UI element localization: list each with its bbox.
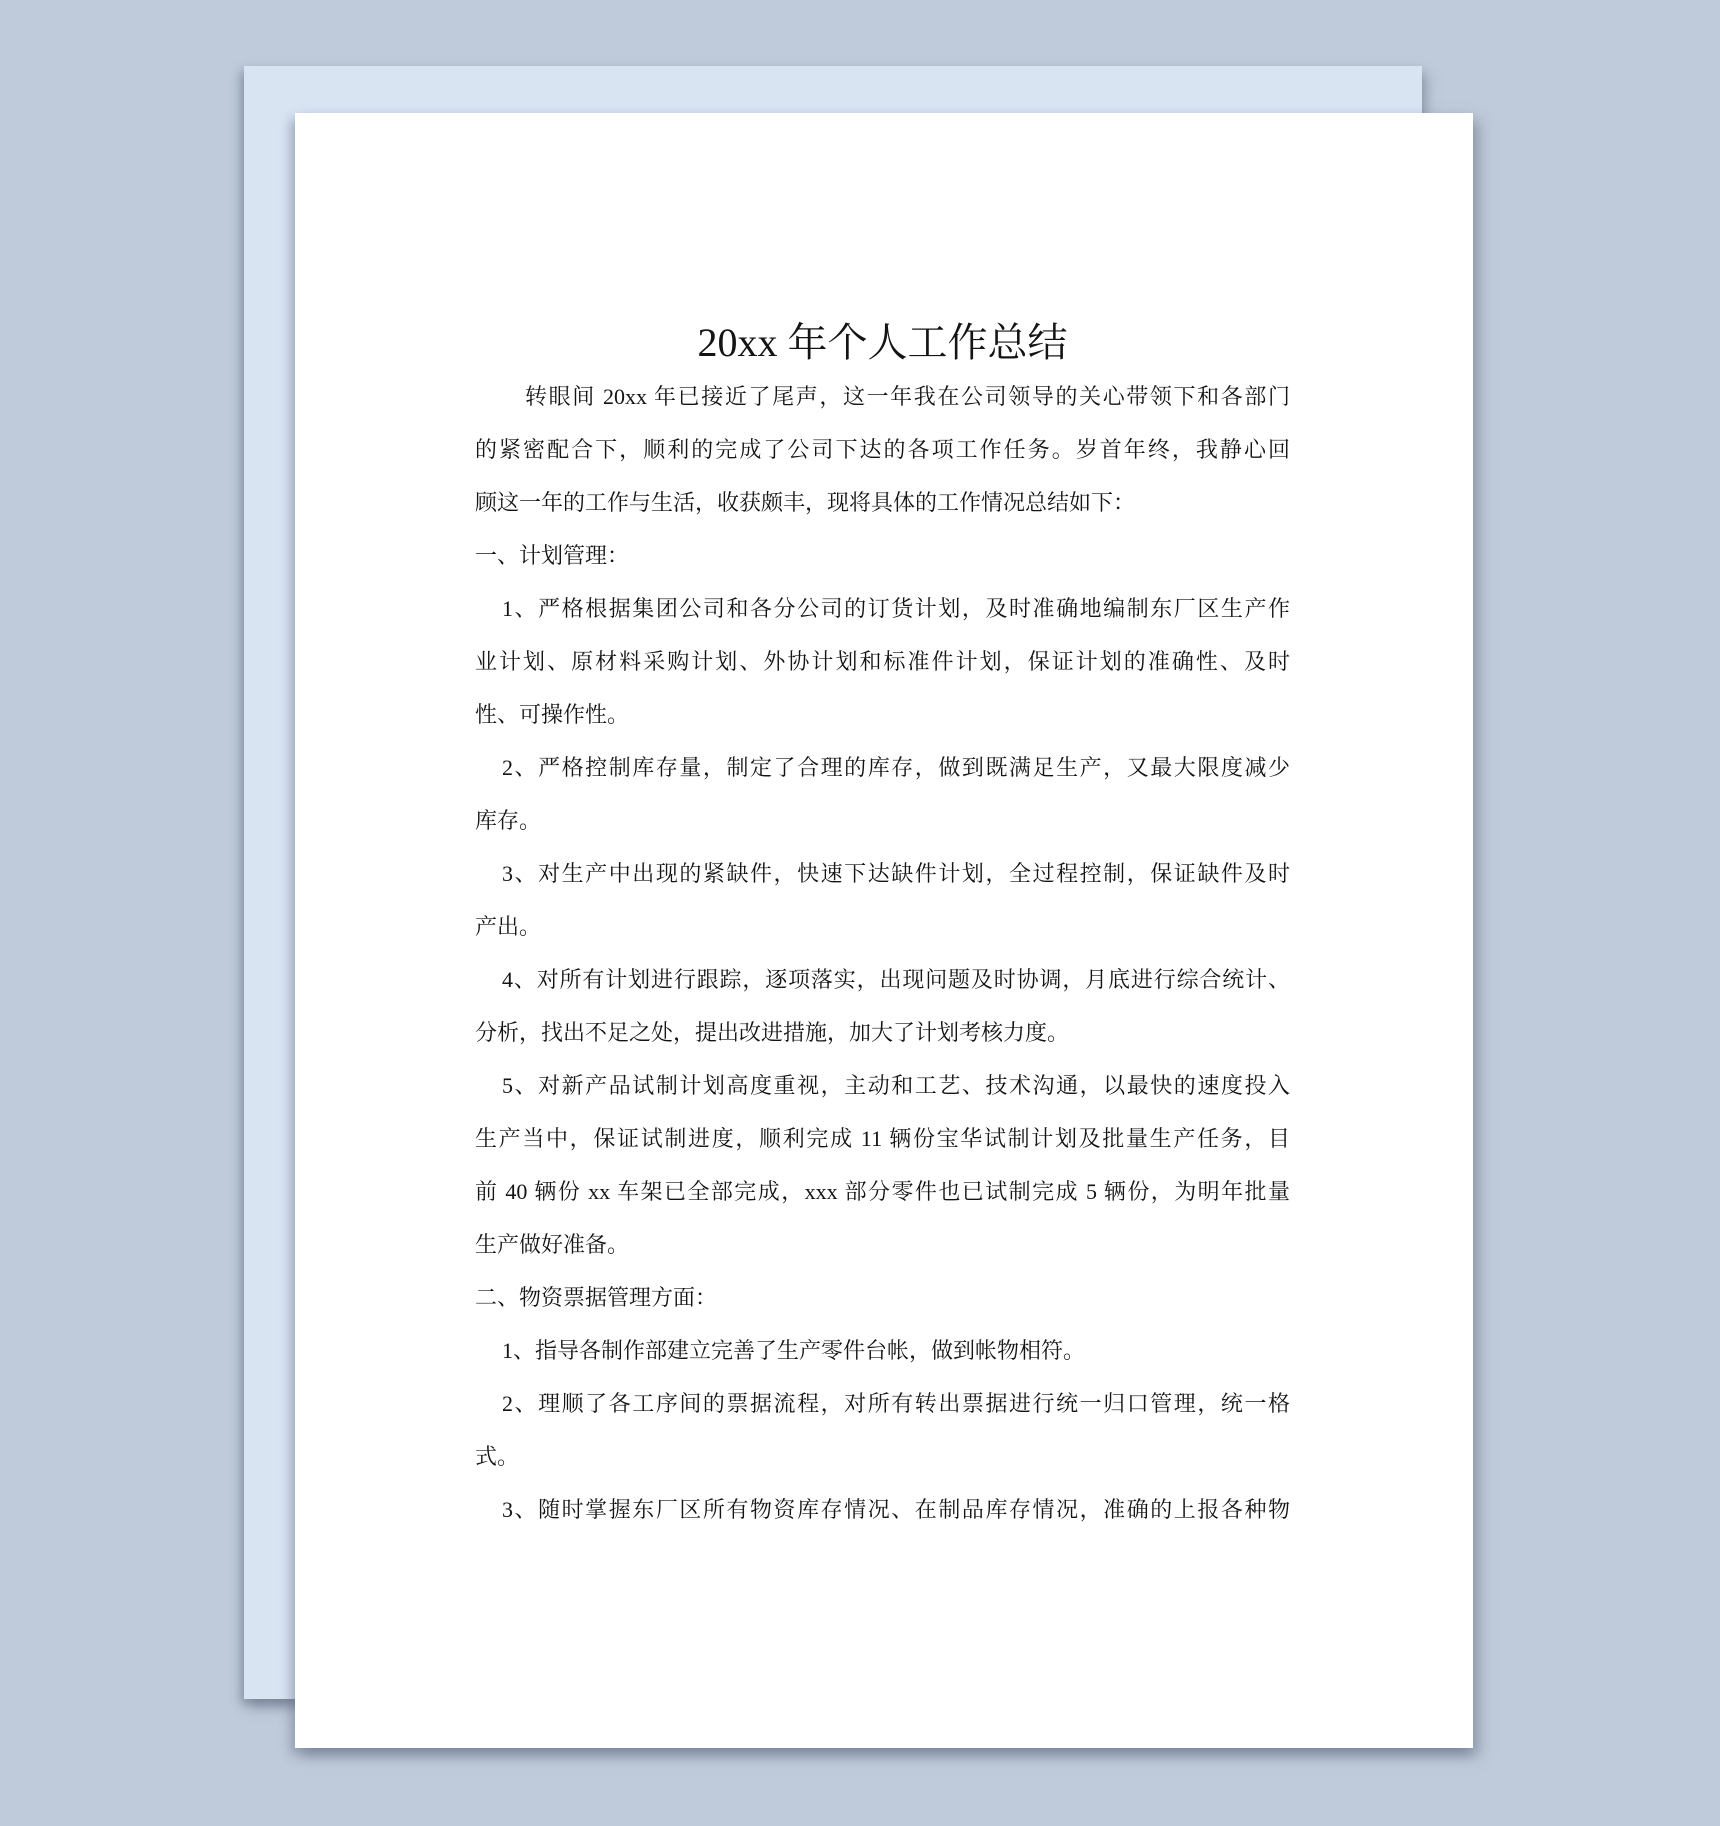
document-body: 转眼间 20xx 年已接近了尾声，这一年我在公司领导的关心带领下和各部门的紧密配… bbox=[475, 370, 1290, 1536]
document-line: 生产做好准备。 bbox=[475, 1218, 1290, 1271]
document-line: 2、严格控制库存量，制定了合理的库存，做到既满足生产，又最大限度减少 bbox=[475, 741, 1290, 794]
document-line: 性、可操作性。 bbox=[475, 688, 1290, 741]
document-line: 式。 bbox=[475, 1430, 1290, 1483]
document-line: 业计划、原材料采购计划、外协计划和标准件计划，保证计划的准确性、及时 bbox=[475, 635, 1290, 688]
desktop-background: 20xx 年个人工作总结 转眼间 20xx 年已接近了尾声，这一年我在公司领导的… bbox=[0, 0, 1720, 1826]
document-line: 分析，找出不足之处，提出改进措施，加大了计划考核力度。 bbox=[475, 1006, 1290, 1059]
document-line: 3、随时掌握东厂区所有物资库存情况、在制品库存情况，准确的上报各种物 bbox=[475, 1483, 1290, 1536]
document-line: 3、对生产中出现的紧缺件，快速下达缺件计划，全过程控制，保证缺件及时 bbox=[475, 847, 1290, 900]
document-line: 5、对新产品试制计划高度重视，主动和工艺、技术沟通，以最快的速度投入 bbox=[475, 1059, 1290, 1112]
document-line: 顾这一年的工作与生活，收获颇丰，现将具体的工作情况总结如下： bbox=[475, 476, 1290, 529]
document-line: 转眼间 20xx 年已接近了尾声，这一年我在公司领导的关心带领下和各部门 bbox=[475, 370, 1290, 423]
document-line: 前 40 辆份 xx 车架已全部完成，xxx 部分零件也已试制完成 5 辆份，为… bbox=[475, 1165, 1290, 1218]
document-line: 一、计划管理： bbox=[475, 529, 1290, 582]
document-line: 二、物资票据管理方面： bbox=[475, 1271, 1290, 1324]
document-line: 产出。 bbox=[475, 900, 1290, 953]
document-title: 20xx 年个人工作总结 bbox=[475, 320, 1290, 366]
document-line: 生产当中，保证试制进度，顺利完成 11 辆份宝华试制计划及批量生产任务，目 bbox=[475, 1112, 1290, 1165]
document-line: 4、对所有计划进行跟踪，逐项落实，出现问题及时协调，月底进行综合统计、 bbox=[475, 953, 1290, 1006]
document-line: 1、指导各制作部建立完善了生产零件台帐，做到帐物相符。 bbox=[475, 1324, 1290, 1377]
document-line: 的紧密配合下，顺利的完成了公司下达的各项工作任务。岁首年终，我静心回 bbox=[475, 423, 1290, 476]
document-line: 1、严格根据集团公司和各分公司的订货计划，及时准确地编制东厂区生产作 bbox=[475, 582, 1290, 635]
document-line: 2、理顺了各工序间的票据流程，对所有转出票据进行统一归口管理，统一格 bbox=[475, 1377, 1290, 1430]
document-page: 20xx 年个人工作总结 转眼间 20xx 年已接近了尾声，这一年我在公司领导的… bbox=[295, 113, 1473, 1748]
document-line: 库存。 bbox=[475, 794, 1290, 847]
